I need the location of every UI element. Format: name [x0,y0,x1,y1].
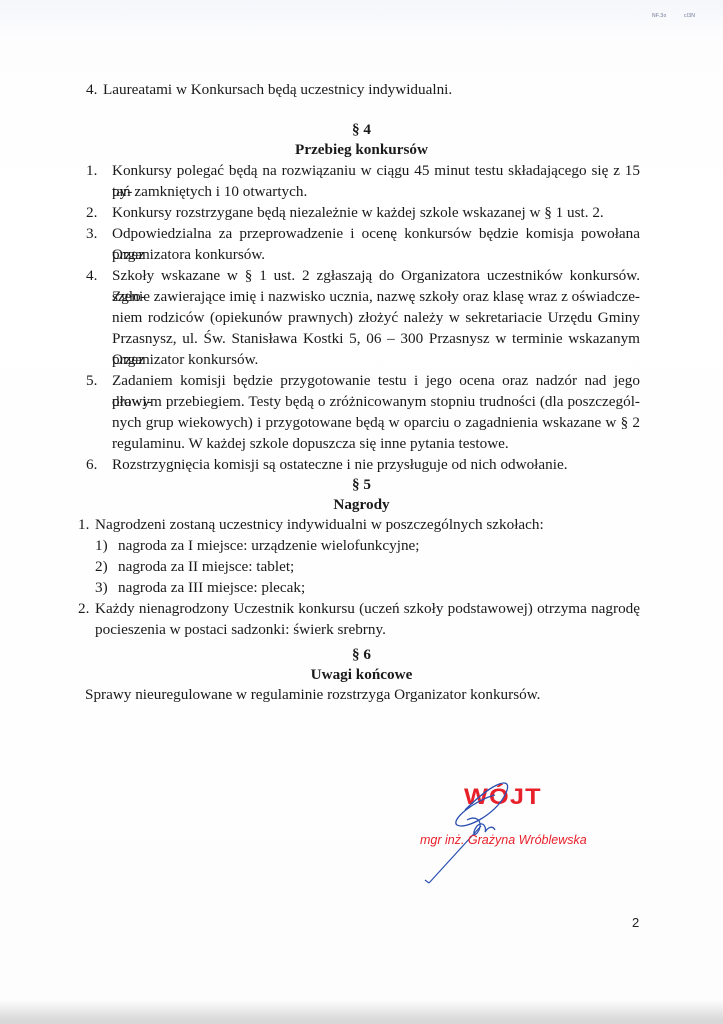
section4-item5-number: 5. [86,370,97,391]
intro-item-number: 4. [86,79,97,100]
section4-title: Przebieg konkursów [0,139,723,160]
section5-symbol: § 5 [0,474,723,495]
section5-item1-number: 1. [78,514,89,535]
section4-item3-number: 3. [86,223,97,244]
section5-item2-number: 2. [78,598,89,619]
section6-text: Sprawy nieuregulowane w regulaminie rozs… [85,684,540,705]
section5-subitem3-number: 3) [95,577,108,598]
section5-subitem1-text: nagroda za I miejsce: urządzenie wielofu… [118,535,420,556]
section5-subitem2-text: nagroda za II miejsce: tablet; [118,556,294,577]
section5-subitem3-text: nagroda za III miejsce: plecak; [118,577,305,598]
section4-item6-number: 6. [86,454,97,475]
section4-item4-number: 4. [86,265,97,286]
section4-item1-line2: tań zamkniętych i 10 otwartych. [112,181,307,202]
section4-item5-line2: dłowym przebiegiem. Testy będą o zróżnic… [112,391,640,412]
section4-item2-line1: Konkursy rozstrzygane będą niezależnie w… [112,202,604,223]
section6-title: Uwagi końcowe [0,664,723,685]
document-page: NF.3o cl3N 4. Laureatami w Konkursach bę… [0,0,723,1024]
section4-item1-number: 1. [86,160,97,181]
section5-subitem1-number: 1) [95,535,108,556]
signatory-name: mgr inż. Grażyna Wróblewska [420,833,587,847]
section4-item3-line2: Organizatora konkursów. [112,244,265,265]
section4-item2-number: 2. [86,202,97,223]
section5-subitem2-number: 2) [95,556,108,577]
scan-mark-left: NF.3o [652,13,667,19]
intro-item-text: Laureatami w Konkursach będą uczestnicy … [103,79,452,100]
section5-item2-line2: pocieszenia w postaci sadzonki: świerk s… [95,619,386,640]
handwritten-signature-icon [405,770,605,890]
section5-item1-text: Nagrodzeni zostaną uczestnicy indywidual… [95,514,544,535]
section4-item6-line1: Rozstrzygnięcia komisji są ostateczne i … [112,454,568,475]
section4-item5-line4: regulaminu. W każdej szkole dopuszcza si… [112,433,509,454]
section4-item5-line3: nych grup wiekowych) i przygotowane będą… [112,412,640,433]
section5-title: Nagrody [0,494,723,515]
page-number: 2 [632,915,639,930]
section5-item2-line1: Każdy nienagrodzony Uczestnik konkursu (… [95,598,640,619]
section4-item4-line5: Organizator konkursów. [112,349,258,370]
scan-mark-right: cl3N [684,13,695,19]
section4-item4-line3: niem rodziców (opiekunów prawnych) złoży… [112,307,640,328]
section4-symbol: § 4 [0,119,723,140]
section4-item4-line2: szenie zawierające imię i nazwisko uczni… [112,286,640,307]
section6-symbol: § 6 [0,644,723,665]
